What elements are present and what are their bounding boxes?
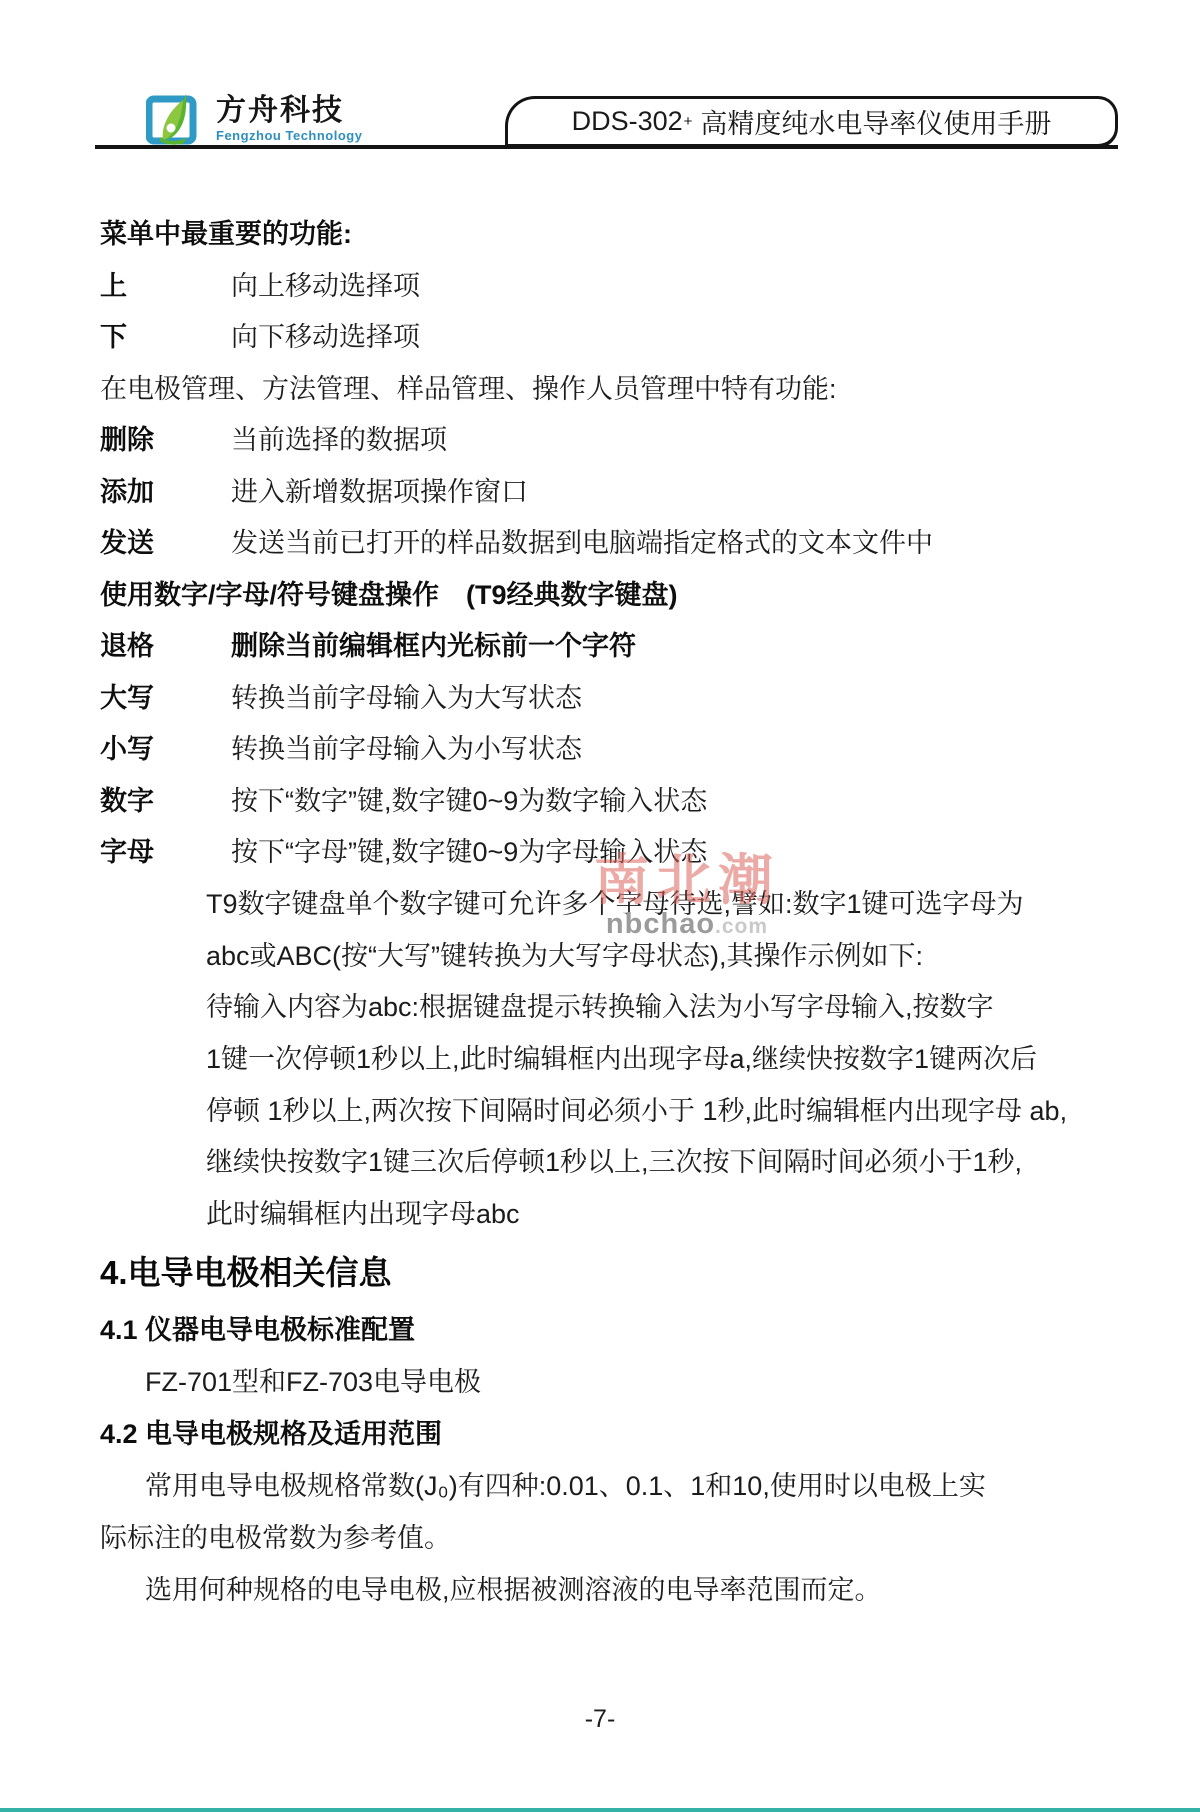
manual-title-model: DDS-302 (572, 106, 683, 137)
function-description: 发送当前已打开的样品数据到电脑端指定格式的文本文件中 (231, 521, 933, 560)
function-description: 当前选择的数据项 (231, 418, 447, 457)
function-description: 转换当前字母输入为小写状态 (231, 727, 582, 766)
function-description: 按下“数字”键,数字键0~9为数字输入状态 (231, 779, 707, 818)
t9-paragraph-line: 1键一次停顿1秒以上,此时编辑框内出现字母a,继续快按数字1键两次后 (100, 1031, 1110, 1083)
company-logo: 方舟科技 Fengzhou Technology (146, 93, 362, 145)
function-row-add: 添加 进入新增数据项操作窗口 (100, 464, 1110, 516)
function-row-uppercase: 大写 转换当前字母输入为大写状态 (100, 670, 1110, 722)
function-label: 退格 (100, 624, 231, 663)
function-label: 添加 (100, 470, 231, 509)
menu-functions-heading: 菜单中最重要的功能: (100, 206, 1110, 258)
section-4-2-line: 常用电导电极规格常数(J₀)有四种:0.01、0.1、1和10,使用时以电极上实 (100, 1457, 1110, 1509)
page-number: -7- (0, 1705, 1200, 1734)
function-description: 删除当前编辑框内光标前一个字符 (231, 624, 636, 663)
section-4-1-body: FZ-701型和FZ-703电导电极 (100, 1353, 1110, 1405)
section-4-2-line: 际标注的电极常数为参考值。 (100, 1509, 1110, 1561)
function-row-backspace: 退格 删除当前编辑框内光标前一个字符 (100, 618, 1110, 670)
function-row-down: 下 向下移动选择项 (100, 309, 1110, 361)
leaf-sail-icon (146, 93, 208, 145)
t9-paragraph-line: 停顿 1秒以上,两次按下间隔时间必须小于 1秒,此时编辑框内出现字母 ab, (100, 1082, 1110, 1134)
function-row-letter: 字母 按下“字母”键,数字键0~9为字母输入状态 (100, 824, 1110, 876)
t9-paragraph-line: T9数字键盘单个数字键可允许多个字母待选,譬如:数字1键可选字母为 (100, 876, 1110, 928)
manual-title-superscript: + (684, 114, 693, 129)
function-label: 发送 (100, 521, 231, 560)
manual-title-tab: DDS-302+高精度纯水电导率仪使用手册 (505, 96, 1118, 148)
page-content: 菜单中最重要的功能: 上 向上移动选择项 下 向下移动选择项 在电极管理、方法管… (100, 206, 1110, 1613)
function-row-delete: 删除 当前选择的数据项 (100, 412, 1110, 464)
function-row-digit: 数字 按下“数字”键,数字键0~9为数字输入状态 (100, 773, 1110, 825)
function-label: 小写 (100, 727, 231, 766)
section-4-heading: 4.电导电极相关信息 (100, 1239, 1110, 1301)
bottom-accent-bar (0, 1808, 1200, 1812)
function-description: 转换当前字母输入为大写状态 (231, 676, 582, 715)
section-4-1-heading: 4.1 仪器电导电极标准配置 (100, 1301, 1110, 1353)
t9-paragraph-line: abc或ABC(按“大写”键转换为大写字母状态),其操作示例如下: (100, 927, 1110, 979)
keyboard-operation-heading: 使用数字/字母/符号键盘操作 (T9经典数字键盘) (100, 567, 1110, 619)
function-label: 删除 (100, 418, 231, 457)
function-label: 数字 (100, 779, 231, 818)
function-description: 向下移动选择项 (231, 315, 420, 354)
function-label: 大写 (100, 676, 231, 715)
logo-company-name: 方舟科技 (216, 96, 362, 126)
function-label: 字母 (100, 830, 231, 869)
function-row-up: 上 向上移动选择项 (100, 258, 1110, 310)
function-row-send: 发送 发送当前已打开的样品数据到电脑端指定格式的文本文件中 (100, 515, 1110, 567)
t9-paragraph-line: 此时编辑框内出现字母abc (100, 1186, 1110, 1238)
t9-paragraph-line: 待输入内容为abc:根据键盘提示转换输入法为小写字母输入,按数字 (100, 979, 1110, 1031)
management-note: 在电极管理、方法管理、样品管理、操作人员管理中特有功能: (100, 361, 1110, 413)
function-description: 进入新增数据项操作窗口 (231, 470, 528, 509)
section-4-2-line: 选用何种规格的电导电极,应根据被测溶液的电导率范围而定。 (100, 1561, 1110, 1613)
function-label: 下 (100, 315, 231, 354)
function-description: 向上移动选择项 (231, 264, 420, 303)
logo-company-name-en: Fengzhou Technology (216, 129, 362, 142)
function-label: 上 (100, 264, 231, 303)
function-row-lowercase: 小写 转换当前字母输入为小写状态 (100, 721, 1110, 773)
section-4-2-heading: 4.2 电导电极规格及适用范围 (100, 1405, 1110, 1457)
t9-paragraph-line: 继续快按数字1键三次后停顿1秒以上,三次按下间隔时间必须小于1秒, (100, 1134, 1110, 1186)
manual-page: 方舟科技 Fengzhou Technology DDS-302+高精度纯水电导… (0, 0, 1200, 1812)
manual-title-text: 高精度纯水电导率仪使用手册 (700, 102, 1051, 141)
function-description: 按下“字母”键,数字键0~9为字母输入状态 (231, 830, 707, 869)
